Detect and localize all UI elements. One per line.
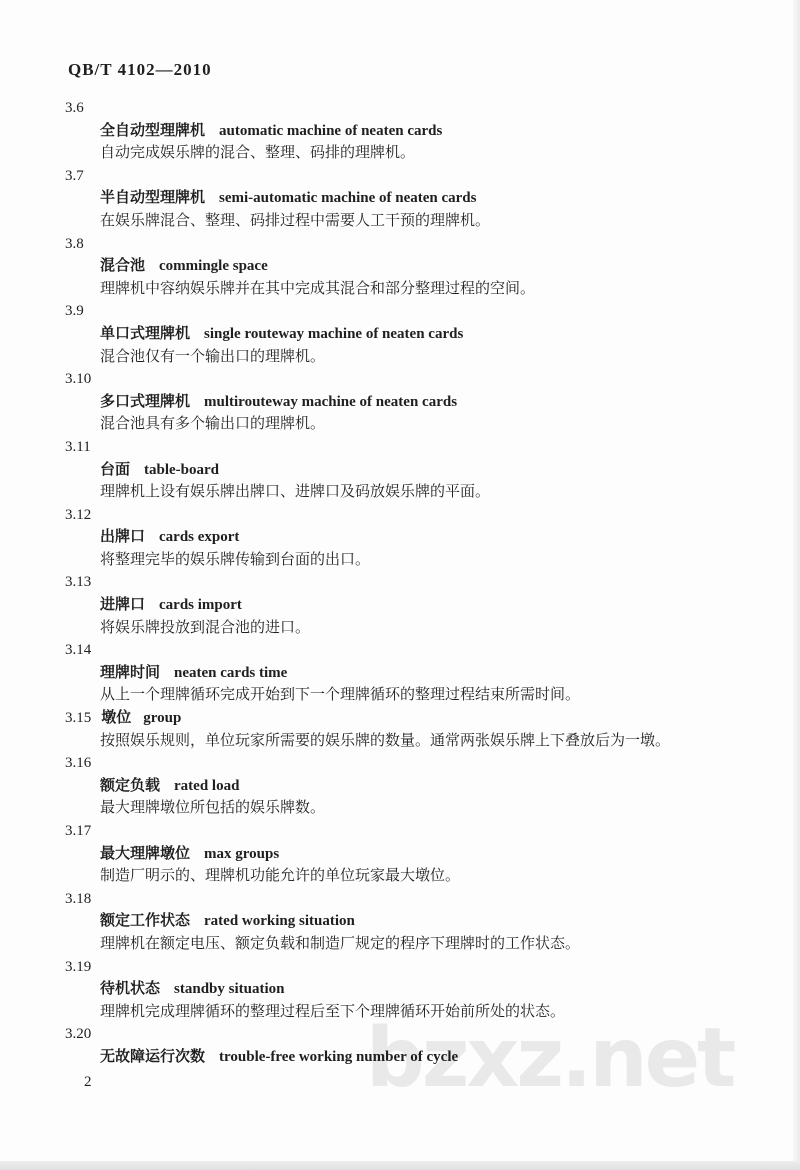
definition-section: 3.7 半自动型理牌机semi-automatic machine of nea… (0, 165, 800, 233)
term-line: 多口式理牌机multirouteway machine of neaten ca… (0, 391, 800, 414)
section-number: 3.15 (65, 710, 91, 726)
term-zh: 额定工作状态 (100, 913, 190, 929)
term-en: group (143, 710, 181, 726)
definition-line: 理牌机中容纳娱乐牌并在其中完成其混合和部分整理过程的空间。 (0, 278, 800, 301)
definition-section: 3.11 台面table-board 理牌机上设有娱乐牌出牌口、进牌口及码放娱乐… (0, 436, 800, 504)
term-line: 待机状态standby situation (0, 978, 800, 1001)
term-zh: 墩位 (101, 710, 131, 726)
section-number: 3.12 (65, 507, 91, 523)
section-number-line: 3.8 (0, 233, 800, 256)
section-number-line: 3.20 (0, 1023, 800, 1046)
term-line: 半自动型理牌机semi-automatic machine of neaten … (0, 187, 800, 210)
term-line: 进牌口cards import (0, 594, 800, 617)
definition-line: 从上一个理牌循环完成开始到下一个理牌循环的整理过程结束所需时间。 (0, 684, 800, 707)
definition-section: 3.17 最大理牌墩位max groups 制造厂明示的、理牌机功能允许的单位玩… (0, 820, 800, 888)
definition-line: 制造厂明示的、理牌机功能允许的单位玩家最大墩位。 (0, 865, 800, 888)
section-number-line: 3.11 (0, 436, 800, 459)
definition-section: 3.12 出牌口cards export 将整理完毕的娱乐牌传输到台面的出口。 (0, 504, 800, 572)
term-zh: 半自动型理牌机 (100, 190, 205, 206)
definition-line: 理牌机完成理牌循环的整理过程后至下个理牌循环开始前所处的状态。 (0, 1001, 800, 1024)
page-number: 2 (84, 1074, 92, 1091)
term-line: 全自动型理牌机automatic machine of neaten cards (0, 120, 800, 143)
definition-section: 3.19 待机状态standby situation 理牌机完成理牌循环的整理过… (0, 956, 800, 1024)
section-number-line: 3.14 (0, 639, 800, 662)
term-en: single routeway machine of neaten cards (204, 326, 463, 342)
section-number-line: 3.9 (0, 300, 800, 323)
definition-section: 3.8 混合池commingle space 理牌机中容纳娱乐牌并在其中完成其混… (0, 233, 800, 301)
section-number: 3.14 (65, 642, 91, 658)
section-number: 3.11 (65, 439, 91, 455)
term-en: rated load (174, 778, 239, 794)
definition-line: 按照娱乐规则，单位玩家所需要的娱乐牌的数量。通常两张娱乐牌上下叠放后为一墩。 (0, 730, 800, 753)
section-number-line: 3.13 (0, 571, 800, 594)
definition-section: 3.13 进牌口cards import 将娱乐牌投放到混合池的进口。 (0, 571, 800, 639)
section-number-line: 3.19 (0, 956, 800, 979)
definition-section: 3.14 理牌时间neaten cards time 从上一个理牌循环完成开始到… (0, 639, 800, 707)
section-number: 3.20 (65, 1026, 91, 1042)
definition-line: 自动完成娱乐牌的混合、整理、码排的理牌机。 (0, 142, 800, 165)
term-en: automatic machine of neaten cards (219, 123, 442, 139)
definition-section: 3.10 多口式理牌机multirouteway machine of neat… (0, 368, 800, 436)
term-en: standby situation (174, 981, 284, 997)
term-zh: 进牌口 (100, 597, 145, 613)
term-zh: 待机状态 (100, 981, 160, 997)
definition-line: 混合池具有多个输出口的理牌机。 (0, 413, 800, 436)
term-line: 出牌口cards export (0, 526, 800, 549)
scan-edge-right (793, 0, 800, 1170)
scan-edge-bottom (0, 1161, 800, 1170)
definitions-list: 3.6 全自动型理牌机automatic machine of neaten c… (0, 97, 800, 1069)
term-en: multirouteway machine of neaten cards (204, 394, 457, 410)
section-number: 3.8 (65, 236, 84, 252)
section-number: 3.6 (65, 100, 84, 116)
section-number: 3.9 (65, 303, 84, 319)
section-number-line: 3.18 (0, 888, 800, 911)
term-zh: 无故障运行次数 (100, 1049, 205, 1065)
document-page: bzxz.net QB/T 4102—2010 3.6 全自动型理牌机autom… (0, 0, 800, 1170)
term-en: rated working situation (204, 913, 355, 929)
definition-line: 最大理牌墩位所包括的娱乐牌数。 (0, 797, 800, 820)
term-zh: 全自动型理牌机 (100, 123, 205, 139)
term-en: table-board (144, 462, 219, 478)
definition-line: 理牌机在额定电压、额定负载和制造厂规定的程序下理牌时的工作状态。 (0, 933, 800, 956)
section-number-line: 3.15墩位group (0, 707, 800, 730)
section-number-line: 3.10 (0, 368, 800, 391)
section-number-line: 3.6 (0, 97, 800, 120)
section-number: 3.16 (65, 755, 91, 771)
term-en: commingle space (159, 258, 268, 274)
term-line: 混合池commingle space (0, 255, 800, 278)
section-number-line: 3.12 (0, 504, 800, 527)
standard-code: QB/T 4102—2010 (68, 60, 212, 80)
term-zh: 台面 (100, 462, 130, 478)
definition-section: 3.15墩位group 按照娱乐规则，单位玩家所需要的娱乐牌的数量。通常两张娱乐… (0, 707, 800, 752)
definition-section: 3.20 无故障运行次数trouble-free working number … (0, 1023, 800, 1068)
term-line: 单口式理牌机single routeway machine of neaten … (0, 323, 800, 346)
term-en: cards import (159, 597, 242, 613)
term-line: 额定负载rated load (0, 775, 800, 798)
definition-section: 3.16 额定负载rated load 最大理牌墩位所包括的娱乐牌数。 (0, 752, 800, 820)
section-number-line: 3.17 (0, 820, 800, 843)
definition-section: 3.6 全自动型理牌机automatic machine of neaten c… (0, 97, 800, 165)
definition-line: 将整理完毕的娱乐牌传输到台面的出口。 (0, 549, 800, 572)
term-zh: 出牌口 (100, 529, 145, 545)
term-zh: 最大理牌墩位 (100, 846, 190, 862)
section-number: 3.7 (65, 168, 84, 184)
section-number-line: 3.7 (0, 165, 800, 188)
section-number: 3.13 (65, 574, 91, 590)
definition-line: 在娱乐牌混合、整理、码排过程中需要人工干预的理牌机。 (0, 210, 800, 233)
term-inline: 墩位group (101, 710, 181, 726)
term-en: semi-automatic machine of neaten cards (219, 190, 476, 206)
section-number: 3.17 (65, 823, 91, 839)
definition-line: 将娱乐牌投放到混合池的进口。 (0, 617, 800, 640)
definition-line: 理牌机上设有娱乐牌出牌口、进牌口及码放娱乐牌的平面。 (0, 481, 800, 504)
term-line: 无故障运行次数trouble-free working number of cy… (0, 1046, 800, 1069)
definition-section: 3.18 额定工作状态rated working situation 理牌机在额… (0, 888, 800, 956)
term-en: trouble-free working number of cycle (219, 1049, 458, 1065)
term-en: neaten cards time (174, 665, 287, 681)
section-number: 3.18 (65, 891, 91, 907)
term-zh: 混合池 (100, 258, 145, 274)
definition-section: 3.9 单口式理牌机single routeway machine of nea… (0, 300, 800, 368)
definition-line: 混合池仅有一个输出口的理牌机。 (0, 346, 800, 369)
term-zh: 单口式理牌机 (100, 326, 190, 342)
term-line: 最大理牌墩位max groups (0, 843, 800, 866)
term-line: 台面table-board (0, 459, 800, 482)
section-number: 3.19 (65, 959, 91, 975)
section-number: 3.10 (65, 371, 91, 387)
term-line: 理牌时间neaten cards time (0, 662, 800, 685)
section-number-line: 3.16 (0, 752, 800, 775)
term-line: 额定工作状态rated working situation (0, 910, 800, 933)
term-zh: 额定负载 (100, 778, 160, 794)
term-zh: 理牌时间 (100, 665, 160, 681)
term-en: max groups (204, 846, 279, 862)
term-zh: 多口式理牌机 (100, 394, 190, 410)
term-en: cards export (159, 529, 239, 545)
